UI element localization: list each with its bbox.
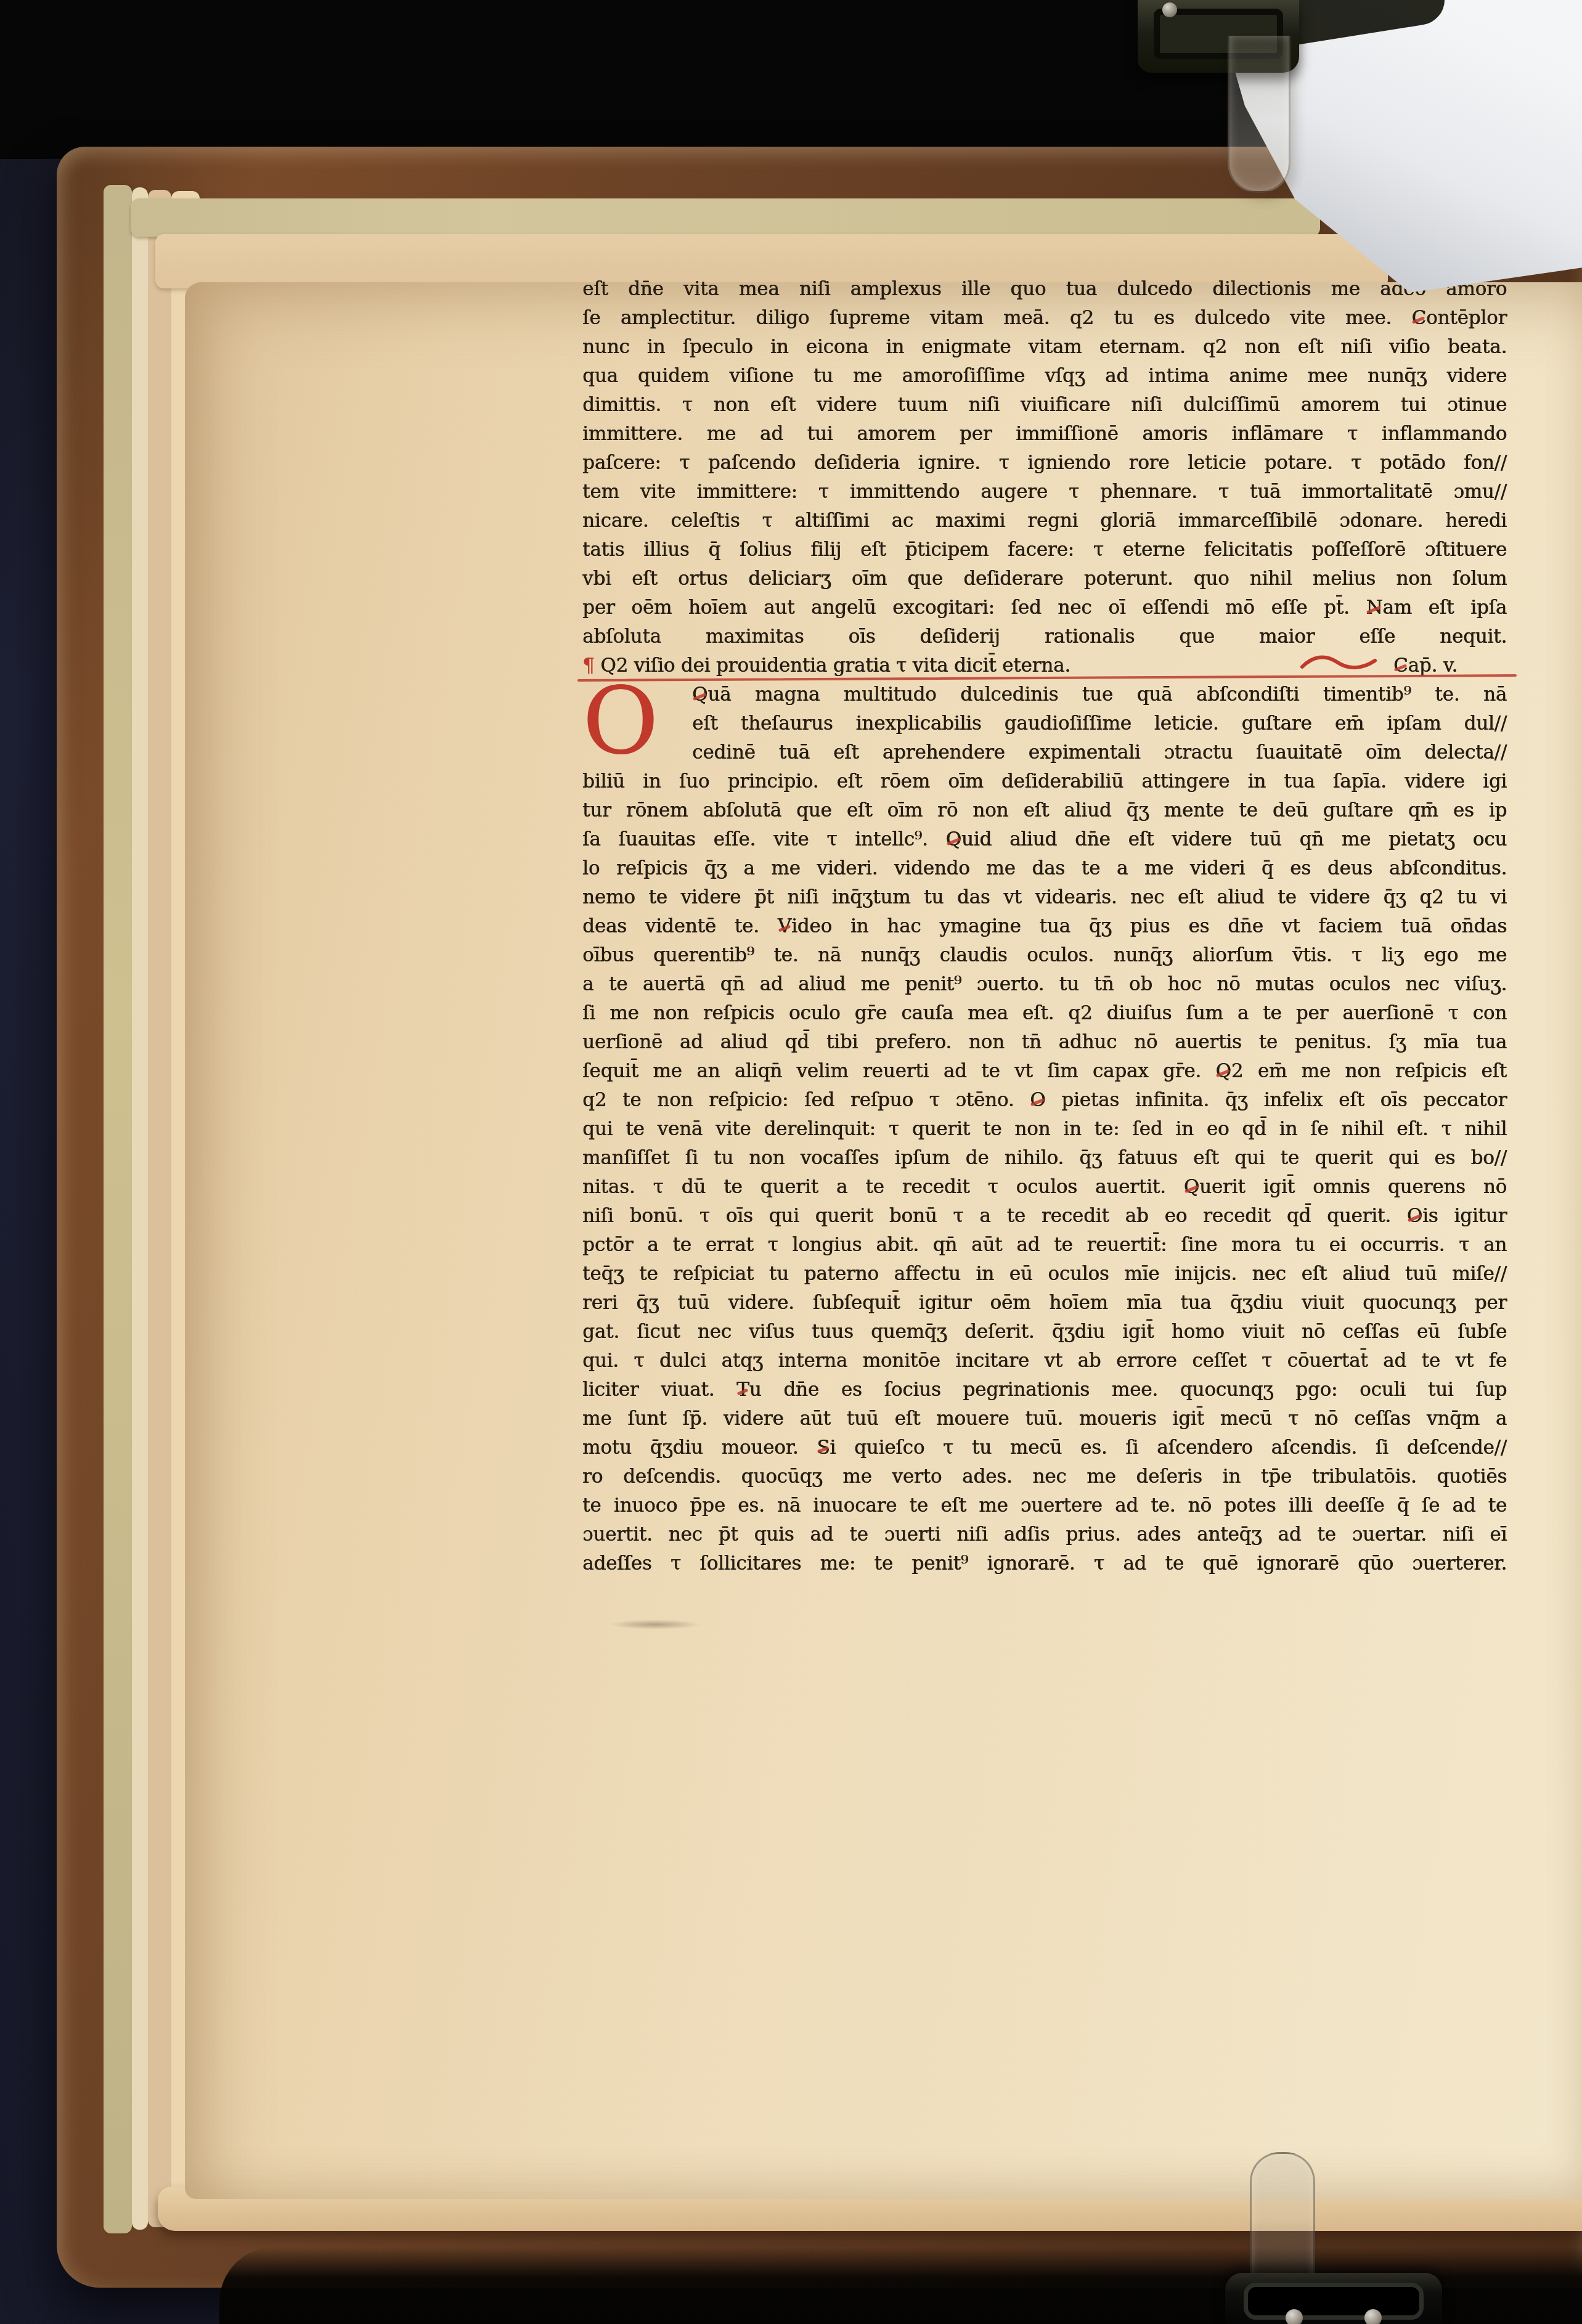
text-segment: biliū in ſuo principio. eſt rōem oīm deſ… — [582, 770, 1507, 793]
chapter-heading-line: ¶ Q2 viſio dei prouidentia gratia τ vita… — [582, 651, 1507, 680]
text-line: teq̄ʒ te reſpiciat tu paterno affectu in… — [582, 1260, 1507, 1289]
text-segment: qui. τ dulci atqʒ interna monitōe incita… — [582, 1350, 1507, 1372]
text-line: q2 te non reſpicio: ſed reſpuo τ ɔtēno. … — [582, 1086, 1507, 1115]
text-line: te inuoco p̄pe es. nā inuocare te eſt me… — [582, 1491, 1507, 1520]
text-line: qui. τ dulci atqʒ interna monitōe incita… — [582, 1347, 1507, 1376]
text-segment: motu q̄ʒdiu moueor. — [582, 1437, 817, 1459]
text-segment: ideo in hac ymagine tua q̄ʒ pius es dn̄e… — [791, 915, 1507, 937]
text-segment: uerit igit̄ omnis querens nō — [1199, 1176, 1507, 1198]
text-segment: is igitur — [1422, 1205, 1507, 1227]
rubricated-capital: Q — [1184, 1173, 1199, 1202]
ink-smudge — [609, 1620, 701, 1629]
text-line: nemo te videre p̄t niſi inq̄ʒtum tu das … — [582, 883, 1507, 912]
text-segment: uid aliud dn̄e eſt videre tuū qn̄ me pie… — [961, 828, 1507, 850]
text-segment: dimittis. τ non eſt videre tuum niſi viu… — [582, 394, 1507, 416]
text-line: uerſionē ad aliud qd̄ tibi prefero. non … — [582, 1028, 1507, 1057]
text-line: a te auertā qn̄ ad aliud me penit⁹ ɔuert… — [582, 970, 1507, 999]
text-segment: tatis illius q̄ ſolius filij eſt p̄ticip… — [582, 539, 1507, 561]
text-segment: immittere. me ad tui amorem per immiſſio… — [582, 423, 1507, 445]
flyleaf-top-edge — [131, 198, 1320, 237]
text-segment: lo reſpicis q̄ʒ a me videri. videndo me … — [582, 857, 1507, 879]
text-line: ſe amplectitur. diligo ſupreme vitam meā… — [582, 304, 1507, 333]
text-segment: adeſſes τ ſollicitares me: te penit⁹ ign… — [582, 1552, 1507, 1575]
text-line: nicare. celeſtis τ altiſſimi ac maximi r… — [582, 507, 1507, 536]
text-segment: qui te venā vite derelinquit: τ querit t… — [582, 1118, 1507, 1140]
text-segment: nemo te videre p̄t niſi inq̄ʒtum tu das … — [582, 886, 1507, 908]
text-segment: uā magna multitudo dulcedinis tue quā ab… — [707, 683, 1507, 706]
text-segment: ɔuertit. nec p̄t quis ad te ɔuerti niſi … — [582, 1523, 1507, 1546]
rubricated-capital: O — [1030, 1086, 1045, 1115]
text-segment: ſi me non reſpicis oculo gr̄e cauſa mea … — [582, 1002, 1507, 1024]
text-line: tem vite immittere: τ immittendo augere … — [582, 478, 1507, 507]
text-line: lo reſpicis q̄ʒ a me videri. videndo me … — [582, 854, 1507, 883]
text-segment: niſi bonū. τ oīs qui querit bonū τ a te … — [582, 1205, 1407, 1227]
clamp-screw-icon — [1286, 2309, 1303, 2324]
text-line: motu q̄ʒdiu moueor. Si quieſco τ tu mecū… — [582, 1433, 1507, 1462]
rubricated-capital: C — [1411, 304, 1426, 333]
text-line: ſi me non reſpicis oculo gr̄e cauſa mea … — [582, 999, 1507, 1028]
text-line: reri q̄ʒ tuū videre. ſubſequit̄ igitur o… — [582, 1289, 1507, 1318]
text-line: eſt dn̄e vita mea niſi amplexus ille quo… — [582, 275, 1507, 304]
rubricated-capital: Q — [1215, 1057, 1231, 1086]
text-segment: reri q̄ʒ tuū videre. ſubſequit̄ igitur o… — [582, 1292, 1507, 1314]
text-line: OQuā magna multitudo dulcedinis tue quā … — [582, 680, 1507, 709]
text-segment: pctōr a te errat τ longius abit. qn̄ aūt… — [582, 1234, 1507, 1256]
bottom-clamp — [1225, 2273, 1442, 2324]
text-segment: qua quidem viſione tu me amoroſiſſime vſ… — [582, 365, 1507, 387]
text-segment: tem vite immittere: τ immittendo augere … — [582, 481, 1507, 503]
text-segment: oībus querentib⁹ te. nā nunq̄ʒ claudis o… — [582, 944, 1507, 966]
text-line: vbi eſt ortus deliciarʒ oīm que deſidera… — [582, 565, 1507, 593]
text-segment: am eſt ipſa — [1382, 597, 1507, 619]
text-segment: ſa ſuauitas eſſe. vite τ intellc⁹. — [582, 828, 946, 850]
text-line: cedinē tuā eſt aprehendere expimentali ɔ… — [582, 738, 1507, 767]
text-segment: me ſunt ſp̄. videre aūt tuū eſt mouere t… — [582, 1408, 1507, 1430]
rubricated-capital: T — [736, 1376, 749, 1405]
bottom-clamp-frame — [1244, 2283, 1424, 2320]
text-segment: ro deſcendis. quocūqʒ me verto ades. nec… — [582, 1466, 1507, 1488]
text-line: immittere. me ad tui amorem per immiſſio… — [582, 420, 1507, 449]
text-segment: vbi eſt ortus deliciarʒ oīm que deſidera… — [582, 568, 1507, 590]
text-segment: te inuoco p̄pe es. nā inuocare te eſt me… — [582, 1494, 1507, 1517]
clamp-screw-icon — [1162, 2, 1177, 17]
rubricated-capital: S — [817, 1433, 830, 1462]
text-line: nitas. τ dū te querit a te recedit τ ocu… — [582, 1173, 1507, 1202]
text-line: qui te venā vite derelinquit: τ querit t… — [582, 1115, 1507, 1144]
text-block: eſt dn̄e vita mea niſi amplexus ille quo… — [582, 275, 1507, 1578]
text-line: manſiſſet ſi tu non vocaſſes ipſum de ni… — [582, 1144, 1507, 1173]
text-line: nunc in ſpeculo in eicona in enigmate vi… — [582, 333, 1507, 362]
text-line: biliū in ſuo principio. eſt rōem oīm deſ… — [582, 767, 1507, 796]
text-line: ſa ſuauitas eſſe. vite τ intellc⁹. Quid … — [582, 825, 1507, 854]
text-line: adeſſes τ ſollicitares me: te penit⁹ ign… — [582, 1549, 1507, 1578]
top-acrylic-tongue — [1228, 36, 1290, 193]
text-segment: gat. ſicut nec viſus tuus quemq̄ʒ deſeri… — [582, 1321, 1507, 1343]
photo-backdrop: eſt dn̄e vita mea niſi amplexus ille quo… — [0, 0, 1582, 2324]
text-segment: q2 te non reſpicio: ſed reſpuo τ ɔtēno. — [582, 1089, 1030, 1111]
text-segment: paſcere: τ paſcendo deſideria ignire. τ … — [582, 452, 1507, 474]
text-line: dimittis. τ non eſt videre tuum niſi viu… — [582, 391, 1507, 420]
text-segment: teq̄ʒ te reſpiciat tu paterno affectu in… — [582, 1263, 1507, 1285]
text-line: me ſunt ſp̄. videre aūt tuū eſt mouere t… — [582, 1405, 1507, 1433]
text-segment: eſt dn̄e vita mea niſi amplexus ille quo… — [582, 278, 1507, 300]
text-segment: manſiſſet ſi tu non vocaſſes ipſum de ni… — [582, 1147, 1507, 1169]
text-segment: cedinē tuā eſt aprehendere expimentali ɔ… — [692, 741, 1507, 764]
text-line: per oēm hoīem aut angelū excogitari: ſed… — [582, 593, 1507, 622]
text-segment: nicare. celeſtis τ altiſſimi ac maximi r… — [582, 510, 1507, 532]
text-segment: nunc in ſpeculo in eicona in enigmate vi… — [582, 336, 1507, 358]
leaf-edge — [148, 190, 171, 2227]
text-line: tur rōnem abſolutā que eſt oīm rō non eſ… — [582, 796, 1507, 825]
text-line: ſequit̄ me an aliqn̄ velim reuerti ad te… — [582, 1057, 1507, 1086]
text-line: oībus querentib⁹ te. nā nunq̄ʒ claudis o… — [582, 941, 1507, 970]
text-segment: eſt theſaurus inexplicabilis gaudioſiſſi… — [692, 712, 1507, 735]
text-lines: eſt dn̄e vita mea niſi amplexus ille quo… — [582, 275, 1507, 1578]
text-line: abſoluta maximitas oīs deſiderij rationa… — [582, 622, 1507, 651]
rubricated-capital: Q — [692, 680, 707, 709]
rubricated-capital: O — [1407, 1202, 1422, 1231]
text-segment: ſe amplectitur. diligo ſupreme vitam meā… — [582, 307, 1411, 329]
text-segment: per oēm hoīem aut angelū excogitari: ſed… — [582, 597, 1366, 619]
text-segment: 2 em̄ me non reſpicis eſt — [1231, 1060, 1507, 1082]
text-segment: i quieſco τ tu mecū es. ſi aſcendero aſc… — [830, 1437, 1507, 1459]
text-segment: deas videntē te. — [582, 915, 778, 937]
text-line: niſi bonū. τ oīs qui querit bonū τ a te … — [582, 1202, 1507, 1231]
text-segment: tur rōnem abſolutā que eſt oīm rō non eſ… — [582, 799, 1507, 822]
flyleaf-edge — [104, 185, 132, 2233]
rubricated-capital: N — [1366, 593, 1382, 622]
text-segment: u dn̄e es ſocius pegrinationis mee. quoc… — [749, 1379, 1507, 1401]
text-segment: liciter viuat. — [582, 1379, 736, 1401]
text-segment: ontēplor — [1426, 307, 1507, 329]
text-line: deas videntē te. Video in hac ymagine tu… — [582, 912, 1507, 941]
leaf-edge — [132, 187, 148, 2230]
text-segment: nitas. τ dū te querit a te recedit τ ocu… — [582, 1176, 1184, 1198]
text-line: pctōr a te errat τ longius abit. qn̄ aūt… — [582, 1231, 1507, 1260]
text-segment: uerſionē ad aliud qd̄ tibi prefero. non … — [582, 1031, 1507, 1053]
text-segment: pietas infinita. q̄ʒ infelix eſt oīs pec… — [1045, 1089, 1507, 1111]
text-line: paſcere: τ paſcendo deſideria ignire. τ … — [582, 449, 1507, 478]
rubricated-capital: Q — [946, 825, 961, 854]
text-line: qua quidem viſione tu me amoroſiſſime vſ… — [582, 362, 1507, 391]
text-line: ɔuertit. nec p̄t quis ad te ɔuerti niſi … — [582, 1520, 1507, 1549]
text-segment: ſequit̄ me an aliqn̄ velim reuerti ad te… — [582, 1060, 1215, 1082]
text-line: gat. ſicut nec viſus tuus quemq̄ʒ deſeri… — [582, 1318, 1507, 1347]
text-segment: Q2 viſio dei prouidentia gratia τ vita d… — [600, 654, 1070, 677]
text-line: tatis illius q̄ ſolius filij eſt p̄ticip… — [582, 536, 1507, 565]
text-segment: abſoluta maximitas oīs deſiderij rationa… — [582, 626, 1507, 648]
clamp-screw-icon — [1364, 2309, 1382, 2324]
text-segment: ap̄. v. — [1408, 654, 1458, 677]
text-line: ro deſcendis. quocūqʒ me verto ades. nec… — [582, 1462, 1507, 1491]
text-segment: a te auertā qn̄ ad aliud me penit⁹ ɔuert… — [582, 973, 1507, 995]
text-line: eſt theſaurus inexplicabilis gaudioſiſſi… — [582, 709, 1507, 738]
text-line: liciter viuat. Tu dn̄e es ſocius pegrina… — [582, 1376, 1507, 1405]
rubricated-capital: V — [778, 912, 791, 941]
